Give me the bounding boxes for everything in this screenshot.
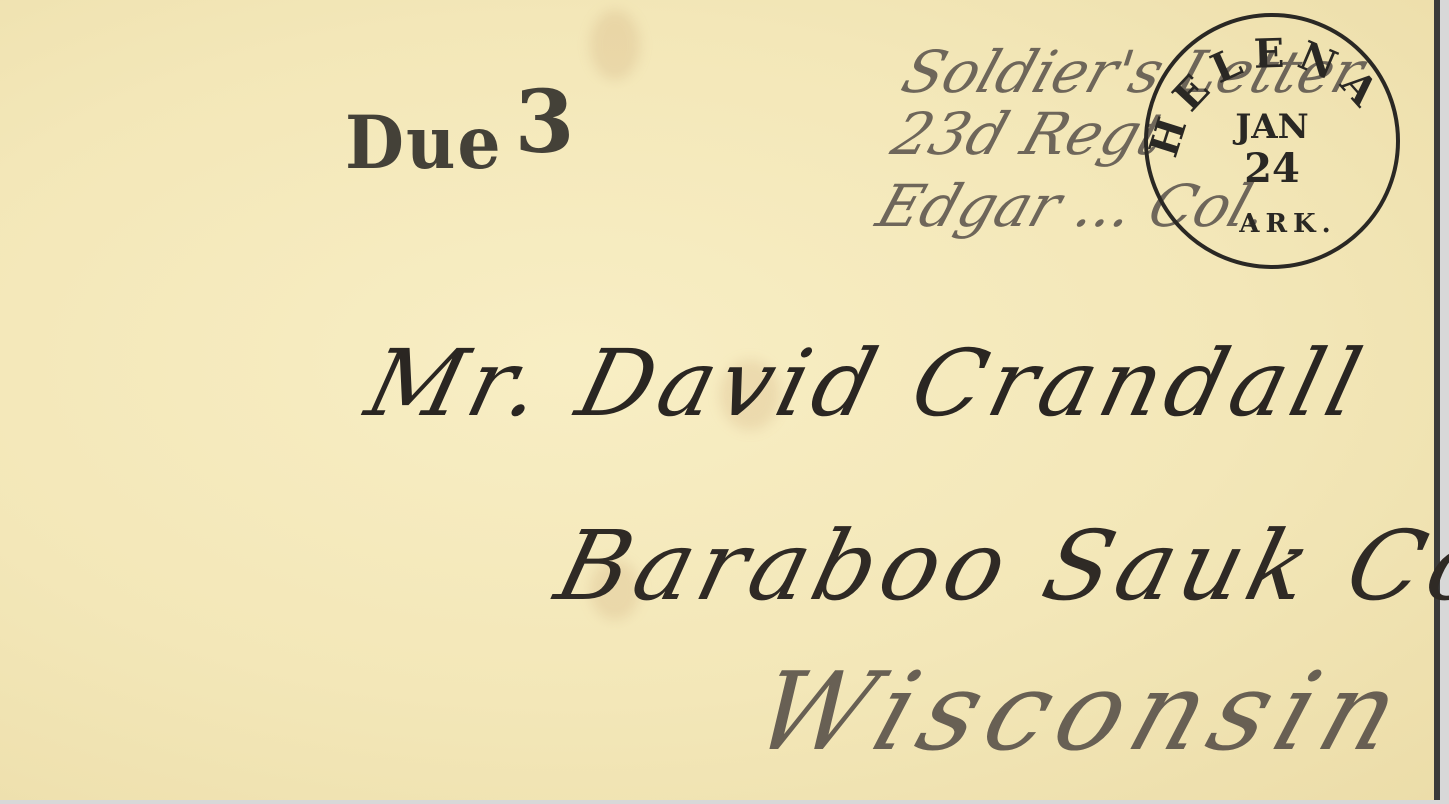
due-word: Due	[345, 100, 503, 186]
postage-due-handstamp: Due3	[345, 72, 577, 183]
addressee-name: Mr. David Crandall	[357, 330, 1377, 437]
address-city: Baraboo Sauk Co	[546, 510, 1449, 622]
postmark-state: ARK.	[1238, 209, 1336, 239]
address-state: Wisconsin	[740, 650, 1424, 775]
postmark-icon: HELENA JAN 24 ARK.	[1138, 10, 1406, 272]
postmark-day: 24	[1244, 145, 1300, 192]
due-amount: 3	[515, 72, 577, 173]
endorsement-line-2: 23d Regt	[884, 100, 1174, 168]
postmark-month: JAN	[1232, 107, 1309, 147]
circular-datestamp: HELENA JAN 24 ARK.	[1138, 10, 1406, 272]
envelope: Due3 Soldier's Letter 23d Regt Edgar ...…	[0, 0, 1440, 800]
stain	[590, 10, 640, 80]
